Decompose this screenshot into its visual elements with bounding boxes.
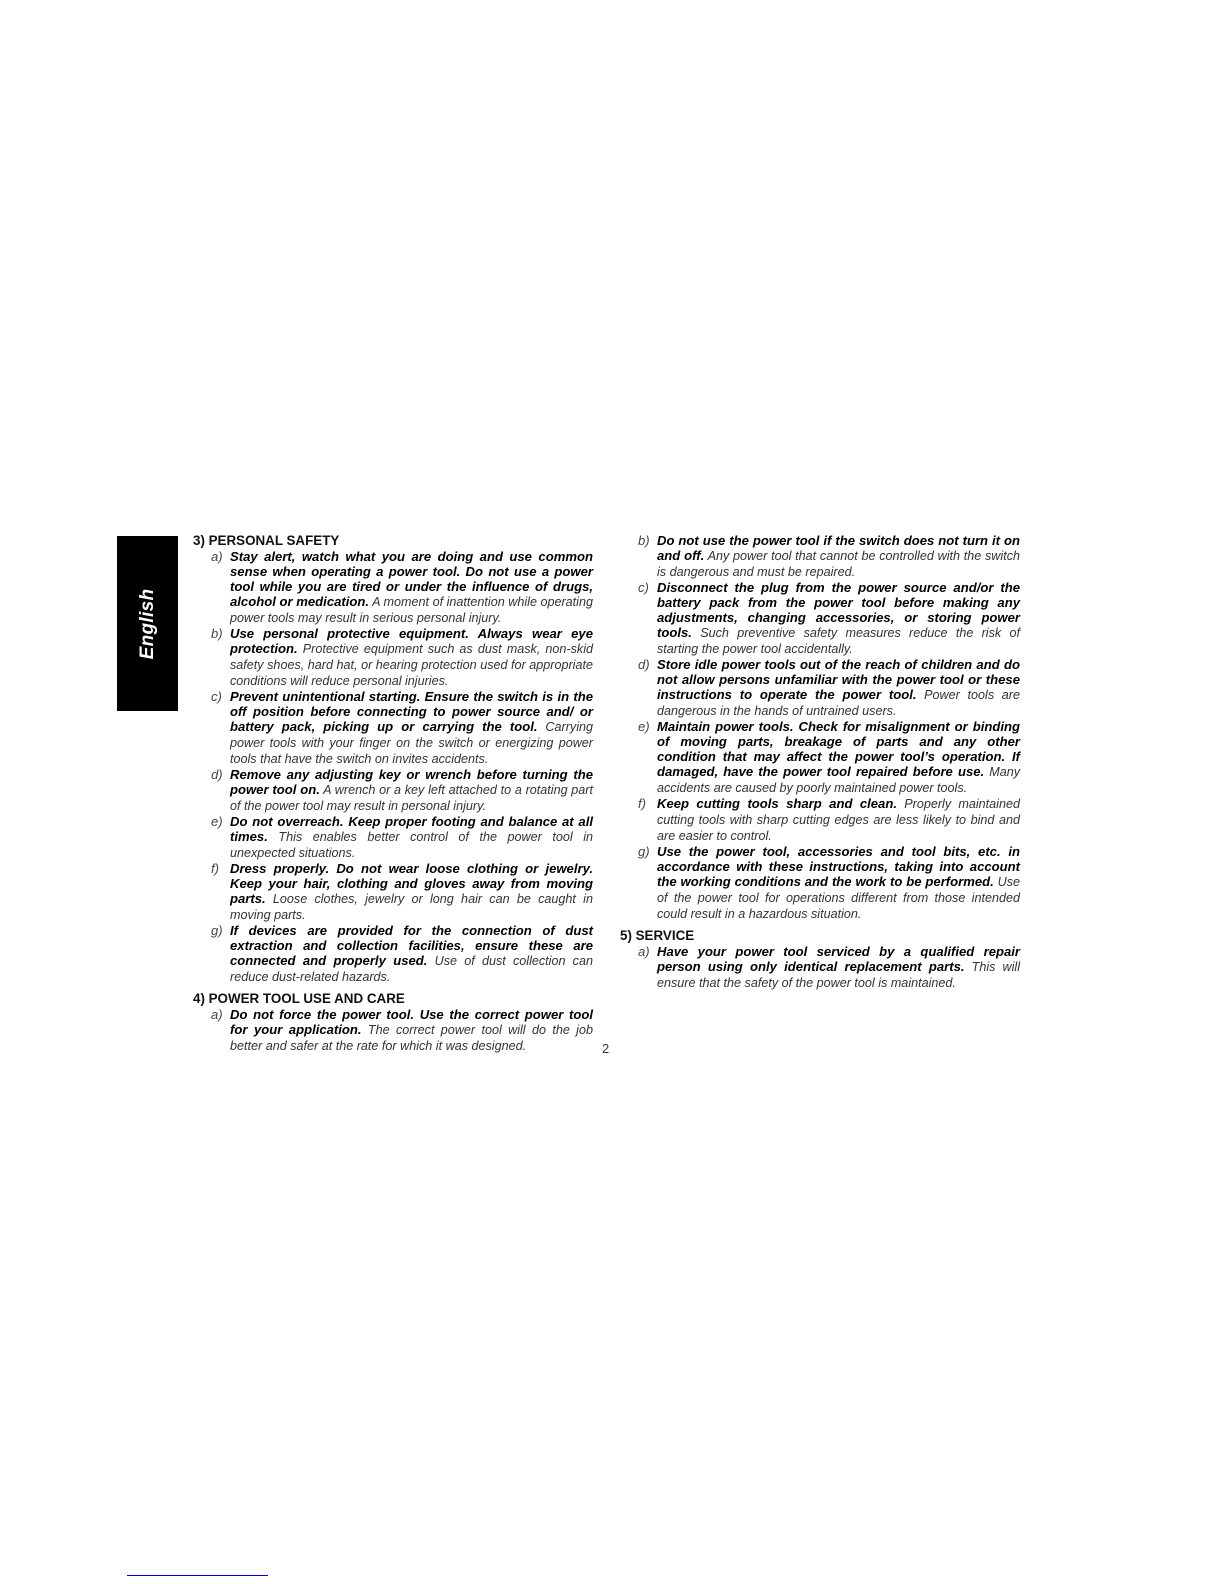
item-letter: c) [638, 580, 649, 595]
item-letter: g) [638, 844, 650, 859]
list-item: g)If devices are provided for the connec… [193, 923, 593, 985]
link-underline [127, 1575, 268, 1576]
list-item: f)Keep cutting tools sharp and clean. Pr… [620, 796, 1020, 844]
item-bold-text: Maintain power tools. Check for misalign… [657, 719, 1020, 779]
item-bold-text: Keep cutting tools sharp and clean. [657, 796, 897, 811]
item-letter: e) [638, 719, 650, 734]
list-item: a)Stay alert, watch what you are doing a… [193, 549, 593, 626]
item-letter: f) [211, 861, 219, 876]
item-letter: a) [211, 549, 223, 564]
item-bold-text: Use the power tool, accessories and tool… [657, 844, 1020, 889]
section-title-power-tool-use: 4) POWER TOOL USE AND CARE [193, 991, 593, 1006]
item-body-text: Any power tool that cannot be controlled… [657, 549, 1020, 579]
language-label: English [137, 588, 159, 659]
item-body-text: Loose clothes, jewelry or long hair can … [230, 892, 593, 922]
list-item: d)Remove any adjusting key or wrench bef… [193, 767, 593, 814]
item-letter: d) [638, 657, 650, 672]
list-item: f)Dress properly. Do not wear loose clot… [193, 861, 593, 923]
item-letter: b) [211, 626, 223, 641]
item-letter: a) [638, 944, 650, 959]
item-letter: a) [211, 1007, 223, 1022]
list-item: c)Disconnect the plug from the power sou… [620, 580, 1020, 657]
item-letter: f) [638, 796, 646, 811]
left-column: 3) PERSONAL SAFETY a)Stay alert, watch w… [193, 533, 593, 1054]
section-title-personal-safety: 3) PERSONAL SAFETY [193, 533, 593, 548]
item-letter: b) [638, 533, 650, 548]
list-item: e)Do not overreach. Keep proper footing … [193, 814, 593, 861]
section-title-service: 5) SERVICE [620, 928, 1020, 943]
item-letter: g) [211, 923, 223, 938]
list-item: a)Do not force the power tool. Use the c… [193, 1007, 593, 1054]
list-item: b)Do not use the power tool if the switc… [620, 533, 1020, 580]
item-letter: c) [211, 689, 222, 704]
page-number: 2 [602, 1041, 609, 1056]
list-item: g)Use the power tool, accessories and to… [620, 844, 1020, 922]
item-letter: e) [211, 814, 223, 829]
item-body-text: This enables better control of the power… [230, 830, 593, 860]
list-item: a)Have your power tool serviced by a qua… [620, 944, 1020, 991]
list-item: c)Prevent unintentional starting. Ensure… [193, 689, 593, 767]
item-letter: d) [211, 767, 223, 782]
right-column: b)Do not use the power tool if the switc… [620, 533, 1020, 991]
list-item: b)Use personal protective equipment. Alw… [193, 626, 593, 689]
item-body-text: Such preventive safety measures reduce t… [657, 626, 1020, 656]
list-item: e)Maintain power tools. Check for misali… [620, 719, 1020, 796]
list-item: d)Store idle power tools out of the reac… [620, 657, 1020, 719]
language-side-tab: English [117, 536, 178, 711]
